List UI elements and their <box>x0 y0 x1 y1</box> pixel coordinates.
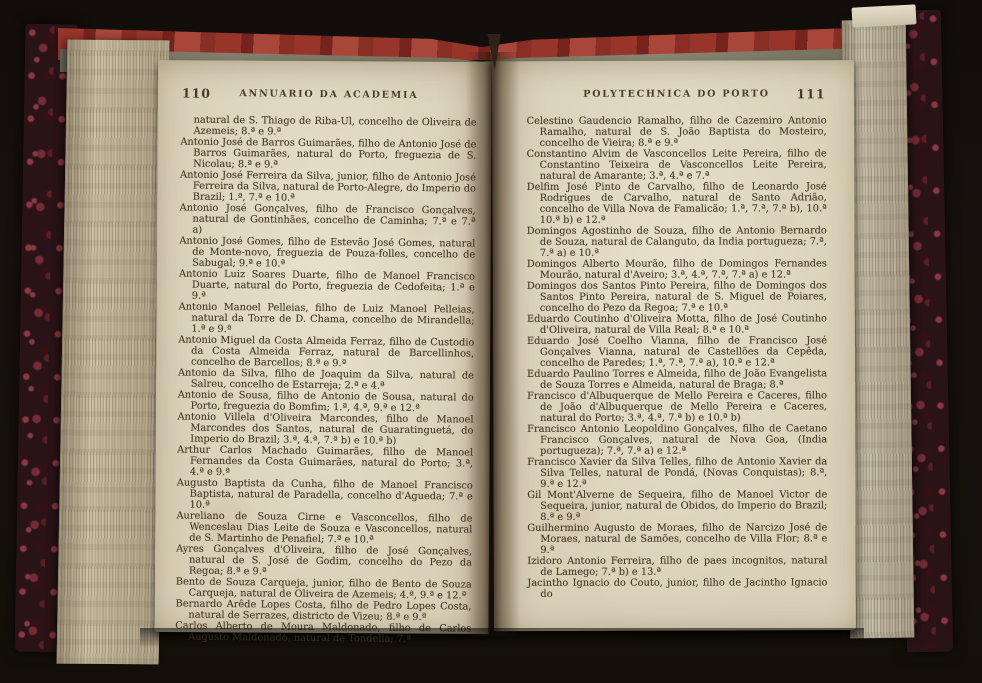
student-entry: Arthur Carlos Machado Guimarães, filho d… <box>177 444 473 480</box>
student-entry: Aureliano de Souza Cirne e Vasconcellos,… <box>176 510 472 546</box>
student-entry: Antonio de Sousa, filho de Antonio de So… <box>178 389 474 414</box>
right-running-title: POLYTECHNICA DO PORTO <box>527 88 827 100</box>
book-photo: 110 ANNUARIO DA ACADEMIA natural de S. T… <box>0 0 982 683</box>
student-entry: Eduardo Paulino Torres e Almeida, filho … <box>527 368 827 391</box>
student-entry: Antonio Villela d'Oliveira Marcondes, fi… <box>177 411 473 447</box>
left-entries-list: Antonio José de Barros Guimarães, filho … <box>175 137 476 646</box>
right-page: POLYTECHNICA DO PORTO 111 Celestino Gaud… <box>492 60 856 631</box>
student-entry: Antonio Manoel Pelleias, filho de Luiz M… <box>178 301 474 337</box>
student-entry: Bento de Souza Carqueja, junior, filho d… <box>176 576 472 601</box>
student-entry: Gil Mont'Alverne de Sequeira, filho de M… <box>527 489 827 523</box>
student-entry: Antonio José Gomes, filho de Estevão Jos… <box>179 236 475 272</box>
student-entry: Antonio da Silva, filho de Joaquim da Si… <box>178 367 474 392</box>
student-entry: Antonio Miguel da Costa Almeida Ferraz, … <box>178 334 474 370</box>
student-entry: Guilhermino Augusto de Moraes, filho de … <box>527 522 827 556</box>
student-entry: Constantino Alvim de Vasconcellos Leite … <box>527 148 827 182</box>
student-entry: Celestino Gaudencio Ramalho, filho de Ca… <box>527 115 827 149</box>
student-entry: Francisco Antonio Leopoldino Gonçalves, … <box>527 423 827 457</box>
left-running-title: ANNUARIO DA ACADEMIA <box>181 88 477 102</box>
student-entry: Eduardo José Coelho Vianna, filho de Fra… <box>527 335 827 369</box>
left-page-header: 110 ANNUARIO DA ACADEMIA <box>181 86 477 103</box>
right-page-header: POLYTECHNICA DO PORTO 111 <box>527 86 827 101</box>
student-entry: Francisco Xavier da Silva Telles, filho … <box>527 456 827 490</box>
right-page-number: 111 <box>796 86 825 101</box>
entry-continuation: natural de S. Thiago de Riba-Ul, concelh… <box>180 115 476 140</box>
student-entry: Francisco d'Albuquerque de Mello Pereira… <box>527 390 827 424</box>
book-bottom-shadow <box>140 628 864 648</box>
student-entry: Domingos dos Santos Pinto Pereira, filho… <box>527 280 827 314</box>
right-page-text: Celestino Gaudencio Ramalho, filho de Ca… <box>527 115 828 600</box>
student-entry: Antonio José de Barros Guimarães, filho … <box>180 137 476 173</box>
right-entries-list: Celestino Gaudencio Ramalho, filho de Ca… <box>527 115 828 600</box>
student-entry: Antonio Luiz Soares Duarte, filho de Man… <box>179 269 475 305</box>
student-entry: Delfim José Pinto de Carvalho, filho de … <box>527 181 827 226</box>
student-entry: Domingos Alberto Mourão, filho de Doming… <box>527 258 827 281</box>
student-entry: Izidoro Antonio Ferreira, filho de paes … <box>527 555 827 578</box>
left-page: 110 ANNUARIO DA ACADEMIA natural de S. T… <box>155 60 492 634</box>
page-stack-left-edge <box>57 40 170 665</box>
student-entry: Antonio José Gonçalves, filho de Francis… <box>179 203 475 239</box>
student-entry: Domingos Agostinho de Souza, filho de An… <box>527 225 827 259</box>
student-entry: Augusto Baptista da Cunha, filho de Mano… <box>177 477 473 513</box>
student-entry: Eduardo Coutinho d'Oliveira Motta, filho… <box>527 313 827 336</box>
student-entry: Ayres Gonçalves d'Oliveira, filho de Jos… <box>176 543 472 579</box>
student-entry: Bernardo Arêde Lopes Costa, filho de Ped… <box>175 598 471 623</box>
page-corner-sliver <box>852 4 917 27</box>
student-entry: Jacintho Ignacio do Couto, junior, filho… <box>527 577 827 600</box>
left-page-text: natural de S. Thiago de Riba-Ul, concelh… <box>175 115 477 646</box>
student-entry: Antonio José Ferreira da Silva, junior, … <box>180 170 476 206</box>
